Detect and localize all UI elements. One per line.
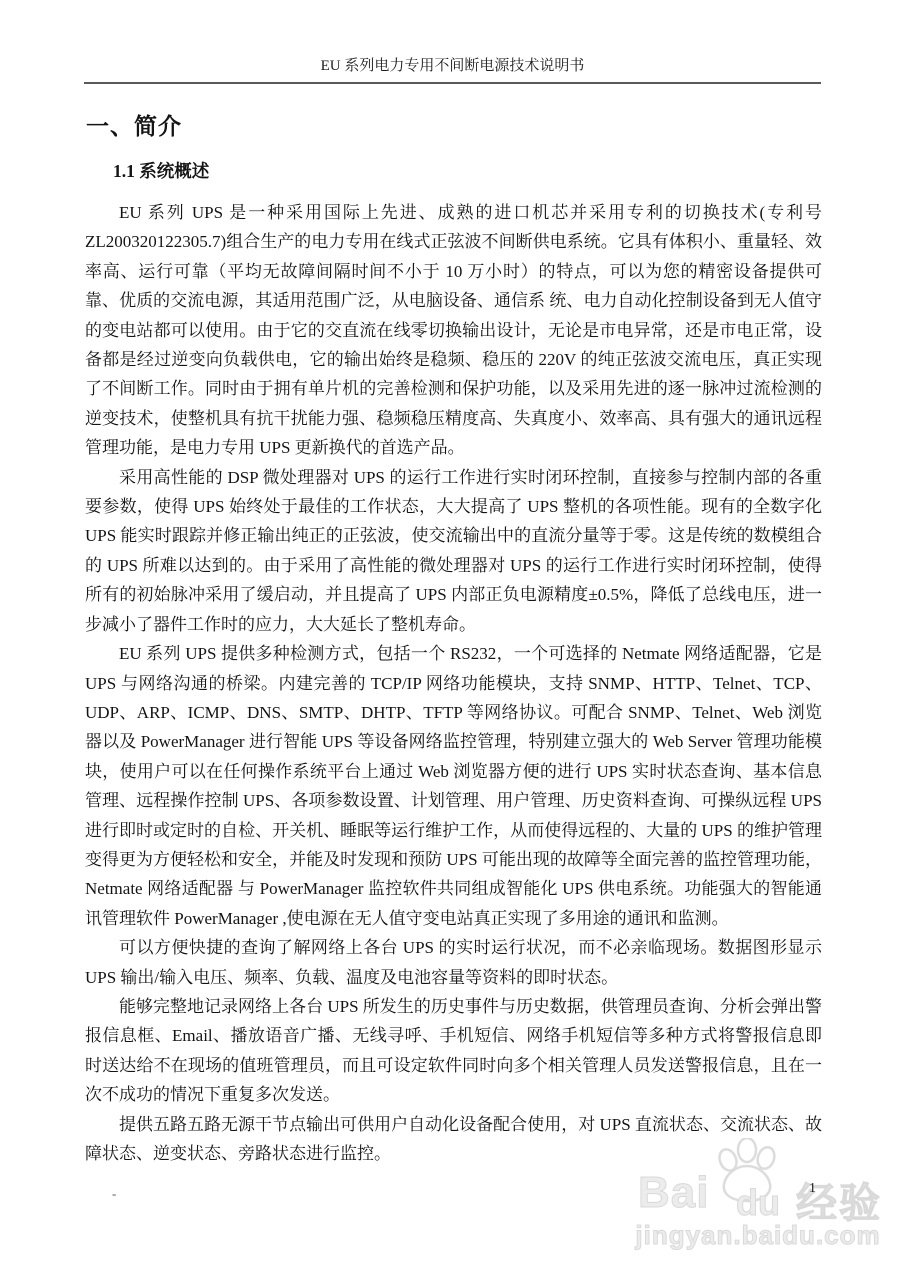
watermark-brand-du: du	[736, 1182, 780, 1224]
page-number: 1	[809, 1181, 816, 1197]
document-page: EU 系列电力专用不间断电源技术说明书 一、简介 1.1 系统概述 EU 系列 …	[0, 0, 905, 1280]
page-header: EU 系列电力专用不间断电源技术说明书	[84, 57, 821, 84]
watermark-brand-bai: Bai	[638, 1168, 709, 1218]
watermark-site-url: jingyan.baidu.com	[626, 1220, 890, 1251]
body-paragraph: 能够完整地记录网络上各台 UPS 所发生的历史事件与历史数据，供管理员查询、分析…	[85, 992, 822, 1110]
subsection-title: 1.1 系统概述	[113, 159, 822, 183]
header-title: EU 系列电力专用不间断电源技术说明书	[321, 58, 585, 74]
section-title: 一、简介	[86, 112, 822, 142]
body-paragraph: EU 系列 UPS 是一种采用国际上先进、成熟的进口机芯并采用专利的切换技术(专…	[85, 198, 822, 463]
body-paragraph: 可以方便快捷的查询了解网络上各台 UPS 的实时运行状况，而不必亲临现场。数据图…	[85, 933, 822, 992]
baidu-jingyan-watermark: Bai du 经验 jingyan.baidu.com	[626, 1146, 890, 1252]
body-text: EU 系列 UPS 是一种采用国际上先进、成熟的进口机芯并采用专利的切换技术(专…	[85, 198, 822, 1168]
footer-dash-mark: -	[112, 1186, 116, 1202]
document-body: 一、简介 1.1 系统概述 EU 系列 UPS 是一种采用国际上先进、成熟的进口…	[85, 100, 822, 1168]
body-paragraph: 采用高性能的 DSP 微处理器对 UPS 的运行工作进行实时闭环控制，直接参与控…	[85, 463, 822, 639]
body-paragraph: EU 系列 UPS 提供多种检测方式，包括一个 RS232，一个可选择的 Net…	[85, 639, 822, 933]
